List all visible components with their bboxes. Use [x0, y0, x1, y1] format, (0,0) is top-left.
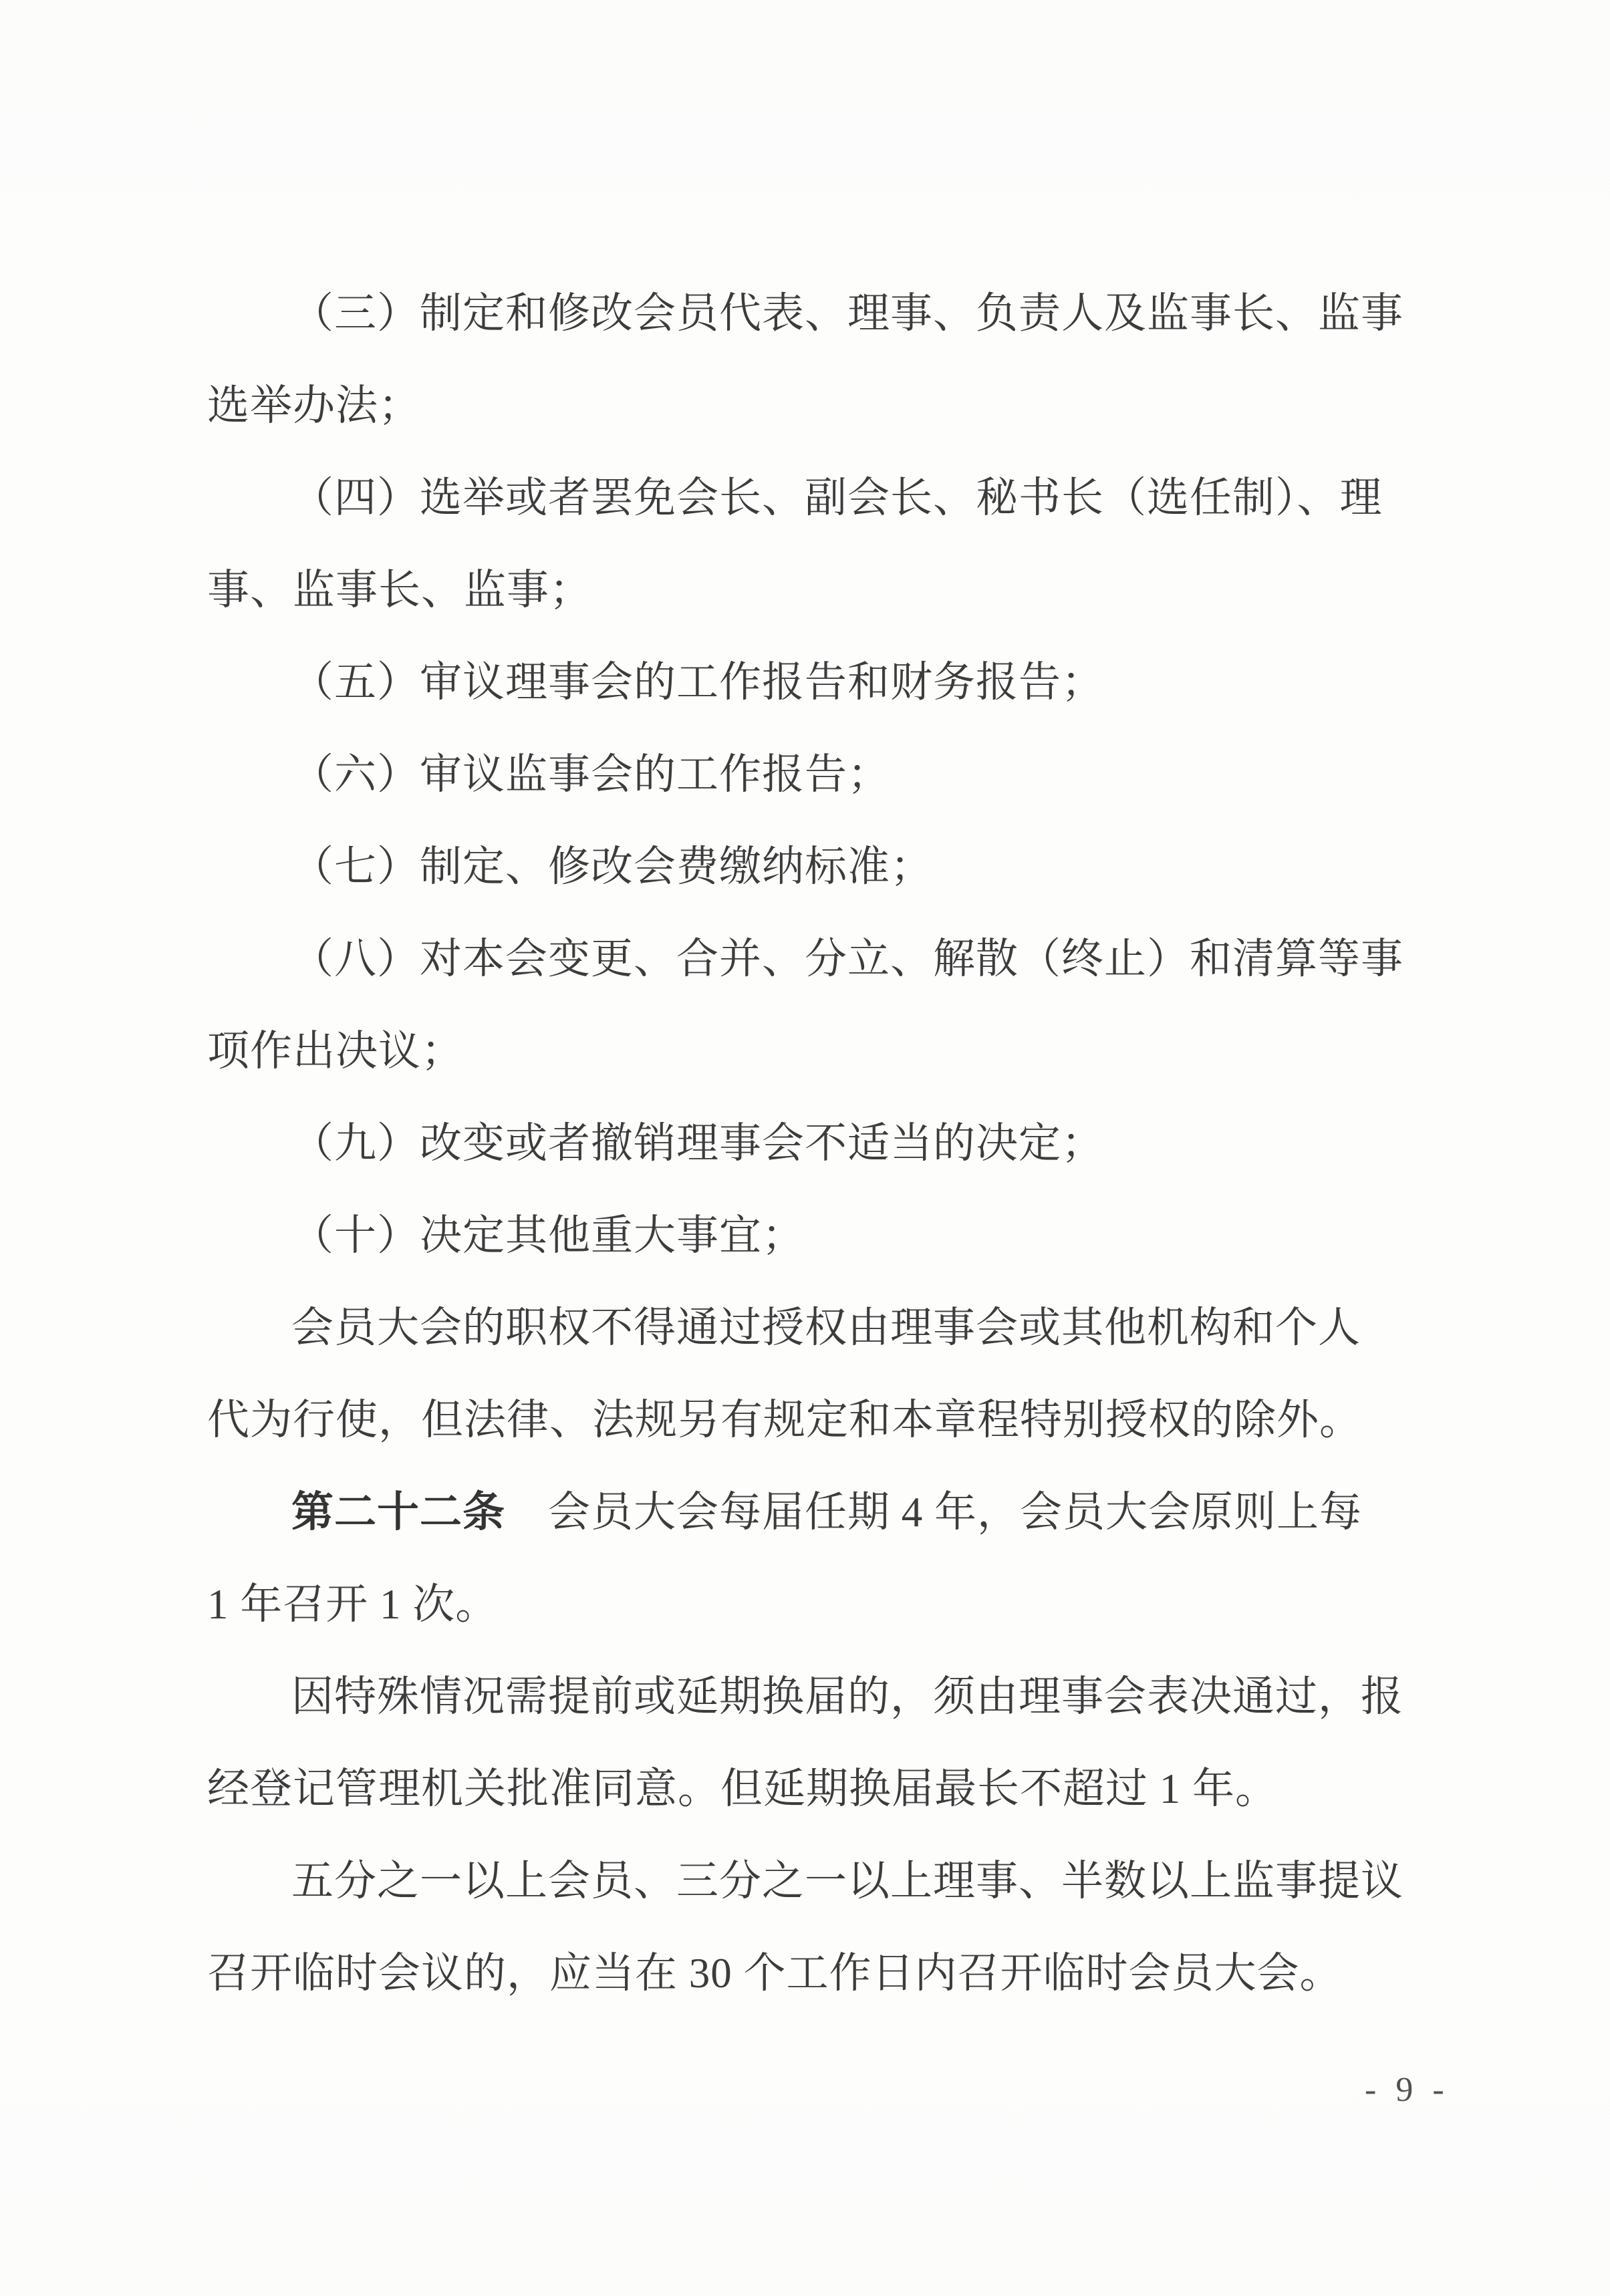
clause-item-9: （九）改变或者撤销理事会不适当的决定；: [207, 1097, 1464, 1189]
paragraph-powers-line-1: 会员大会的职权不得通过授权由理事会或其他机构和个人: [207, 1282, 1464, 1374]
clause-item-3-line-1: （三）制定和修改会员代表、理事、负责人及监事长、监事: [207, 267, 1464, 360]
clause-item-8-line-2: 项作出决议；: [207, 1005, 1464, 1097]
page-number: - 9 -: [1365, 2070, 1450, 2110]
paragraph-powers-line-2: 代为行使，但法律、法规另有规定和本章程特别授权的除外。: [207, 1374, 1464, 1466]
clause-item-5: （五）审议理事会的工作报告和财务报告；: [207, 636, 1464, 728]
clause-item-8-line-1: （八）对本会变更、合并、分立、解散（终止）和清算等事: [207, 913, 1464, 1005]
article-22-line-2: 1 年召开 1 次。: [207, 1558, 1464, 1651]
clause-item-7: （七）制定、修改会费缴纳标准；: [207, 821, 1464, 913]
paragraph-interim-meeting-line-1: 五分之一以上会员、三分之一以上理事、半数以上监事提议: [207, 1835, 1464, 1927]
clause-item-6: （六）审议监事会的工作报告；: [207, 728, 1464, 821]
scanned-document-page: （三）制定和修改会员代表、理事、负责人及监事长、监事 选举办法； （四）选举或者…: [0, 0, 1610, 2296]
clause-item-4-line-2: 事、监事长、监事；: [207, 544, 1464, 636]
clause-item-3-line-2: 选举办法；: [207, 360, 1464, 452]
paragraph-term-change-line-1: 因特殊情况需提前或延期换届的，须由理事会表决通过，报: [207, 1651, 1464, 1743]
article-22-line-1: 第二十二条会员大会每届任期 4 年，会员大会原则上每: [207, 1466, 1464, 1558]
article-22-number: 第二十二条: [291, 1489, 505, 1536]
clause-item-10: （十）决定其他重大事宜；: [207, 1189, 1464, 1282]
clause-item-4-line-1: （四）选举或者罢免会长、副会长、秘书长（选任制）、理: [207, 452, 1464, 544]
article-22-text: 会员大会每届任期 4 年，会员大会原则上每: [548, 1489, 1362, 1536]
paragraph-interim-meeting-line-2: 召开临时会议的，应当在 30 个工作日内召开临时会员大会。: [207, 1927, 1464, 2019]
paragraph-term-change-line-2: 经登记管理机关批准同意。但延期换届最长不超过 1 年。: [207, 1743, 1464, 1835]
document-body: （三）制定和修改会员代表、理事、负责人及监事长、监事 选举办法； （四）选举或者…: [207, 267, 1464, 2019]
